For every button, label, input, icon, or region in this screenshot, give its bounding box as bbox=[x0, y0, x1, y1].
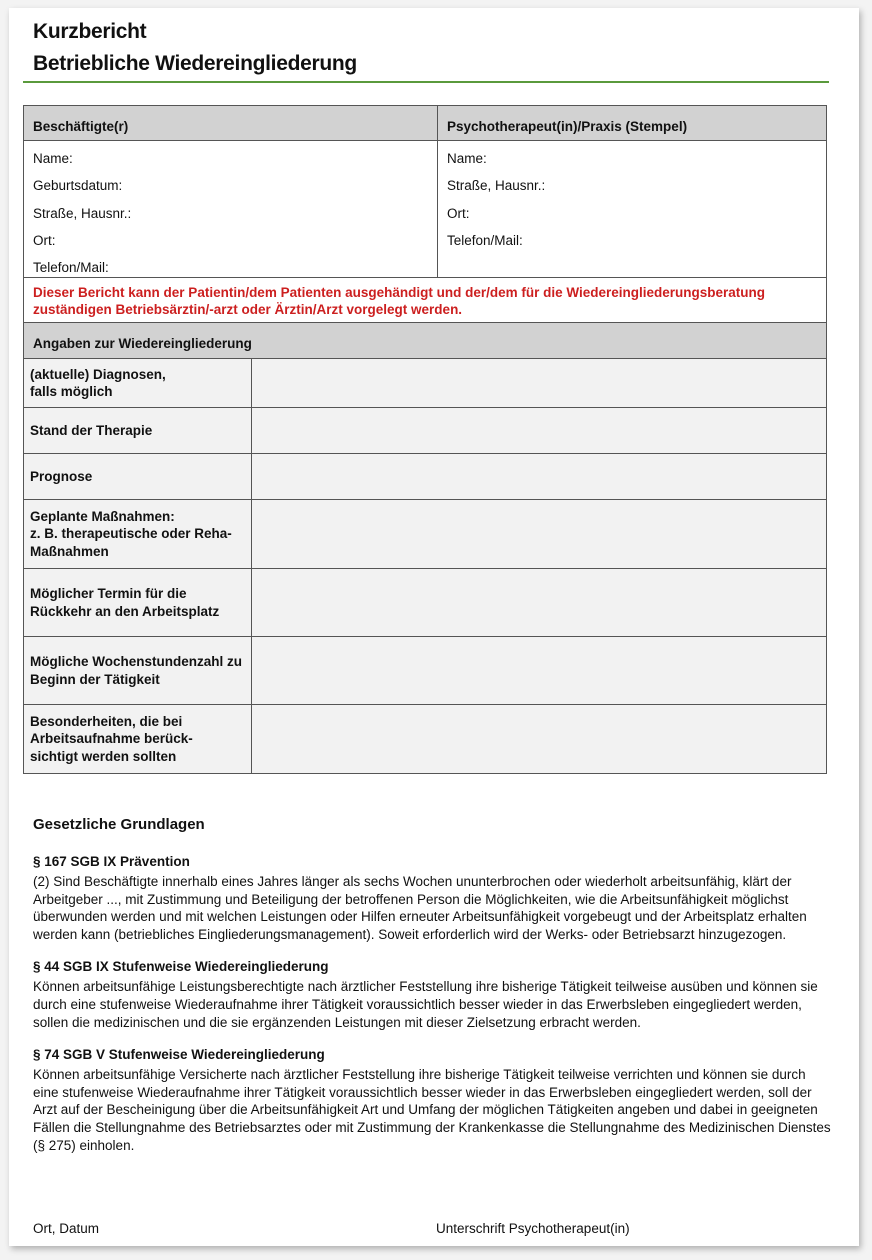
employee-heading: Beschäftigte(r) bbox=[24, 106, 438, 140]
legal-heading: Gesetzliche Grundlagen bbox=[33, 814, 833, 836]
legal-section-text: Können arbeitsunfähige Leistungsberechti… bbox=[33, 978, 833, 1031]
employee-contact-field[interactable]: Telefon/Mail: bbox=[33, 254, 428, 281]
row-diagnoses: (aktuelle) Diagnosen, falls möglich bbox=[24, 359, 826, 408]
disclosure-notice: Dieser Bericht kann der Patientin/dem Pa… bbox=[24, 278, 826, 323]
therapist-heading: Psychotherapeut(in)/Praxis (Stempel) bbox=[438, 106, 826, 140]
row-special-notes: Besonderheiten, die bei Arbeitsaufnahme … bbox=[24, 705, 826, 773]
legal-section-title: § 44 SGB IX Stufenweise Wiedereinglieder… bbox=[33, 957, 833, 977]
row-label: Besonderheiten, die bei Arbeitsaufnahme … bbox=[24, 705, 252, 773]
row-label: Prognose bbox=[24, 454, 252, 499]
legal-section-text: (2) Sind Beschäftigte innerhalb eines Ja… bbox=[33, 873, 833, 943]
row-label: Stand der Therapie bbox=[24, 408, 252, 453]
title-divider bbox=[23, 81, 829, 83]
document-title: Kurzbericht Betriebliche Wiedereingliede… bbox=[33, 16, 357, 80]
row-label: (aktuelle) Diagnosen, falls möglich bbox=[24, 359, 252, 407]
legal-basis: Gesetzliche Grundlagen § 167 SGB IX Präv… bbox=[33, 814, 833, 1168]
planned-measures-input[interactable] bbox=[252, 500, 826, 568]
form-table: Beschäftigte(r) Psychotherapeut(in)/Prax… bbox=[23, 105, 827, 774]
contact-header-row: Beschäftigte(r) Psychotherapeut(in)/Prax… bbox=[24, 106, 826, 141]
legal-section-title: § 74 SGB V Stufenweise Wiedereingliederu… bbox=[33, 1045, 833, 1065]
row-prognosis: Prognose bbox=[24, 454, 826, 500]
employee-name-field[interactable]: Name: bbox=[33, 145, 428, 172]
employee-city-field[interactable]: Ort: bbox=[33, 227, 428, 254]
therapist-name-field[interactable]: Name: bbox=[447, 145, 817, 172]
employee-street-field[interactable]: Straße, Hausnr.: bbox=[33, 200, 428, 227]
title-line-2: Betriebliche Wiedereingliederung bbox=[33, 48, 357, 80]
therapy-status-input[interactable] bbox=[252, 408, 826, 453]
diagnoses-input[interactable] bbox=[252, 359, 826, 407]
row-label: Möglicher Termin für die Rückkehr an den… bbox=[24, 569, 252, 636]
legal-section-text: Können arbeitsunfähige Versicherte nach … bbox=[33, 1066, 833, 1154]
row-planned-measures: Geplante Maßnahmen: z. B. therapeutische… bbox=[24, 500, 826, 569]
legal-section-title: § 167 SGB IX Prävention bbox=[33, 852, 833, 872]
special-notes-input[interactable] bbox=[252, 705, 826, 773]
prognosis-input[interactable] bbox=[252, 454, 826, 499]
therapist-city-field[interactable]: Ort: bbox=[447, 200, 817, 227]
row-weekly-hours: Mögliche Wochenstundenzahl zu Beginn der… bbox=[24, 637, 826, 705]
contact-body-row: Name: Geburtsdatum: Straße, Hausnr.: Ort… bbox=[24, 141, 826, 278]
row-label: Geplante Maßnahmen: z. B. therapeutische… bbox=[24, 500, 252, 568]
reintegration-rows: (aktuelle) Diagnosen, falls möglich Stan… bbox=[24, 359, 826, 773]
document-page: Kurzbericht Betriebliche Wiedereingliede… bbox=[9, 8, 859, 1246]
therapist-fields: Name: Straße, Hausnr.: Ort: Telefon/Mail… bbox=[438, 141, 826, 277]
weekly-hours-input[interactable] bbox=[252, 637, 826, 704]
signature-label: Unterschrift Psychotherapeut(in) bbox=[436, 1220, 630, 1238]
therapist-contact-field[interactable]: Telefon/Mail: bbox=[447, 227, 817, 254]
title-line-1: Kurzbericht bbox=[33, 16, 357, 48]
return-date-input[interactable] bbox=[252, 569, 826, 636]
reintegration-heading: Angaben zur Wiedereingliederung bbox=[24, 323, 826, 359]
employee-fields: Name: Geburtsdatum: Straße, Hausnr.: Ort… bbox=[24, 141, 438, 277]
place-date-label: Ort, Datum bbox=[33, 1220, 99, 1238]
row-therapy-status: Stand der Therapie bbox=[24, 408, 826, 454]
employee-birthdate-field[interactable]: Geburtsdatum: bbox=[33, 172, 428, 199]
therapist-street-field[interactable]: Straße, Hausnr.: bbox=[447, 172, 817, 199]
row-return-date: Möglicher Termin für die Rückkehr an den… bbox=[24, 569, 826, 637]
row-label: Mögliche Wochenstundenzahl zu Beginn der… bbox=[24, 637, 252, 704]
